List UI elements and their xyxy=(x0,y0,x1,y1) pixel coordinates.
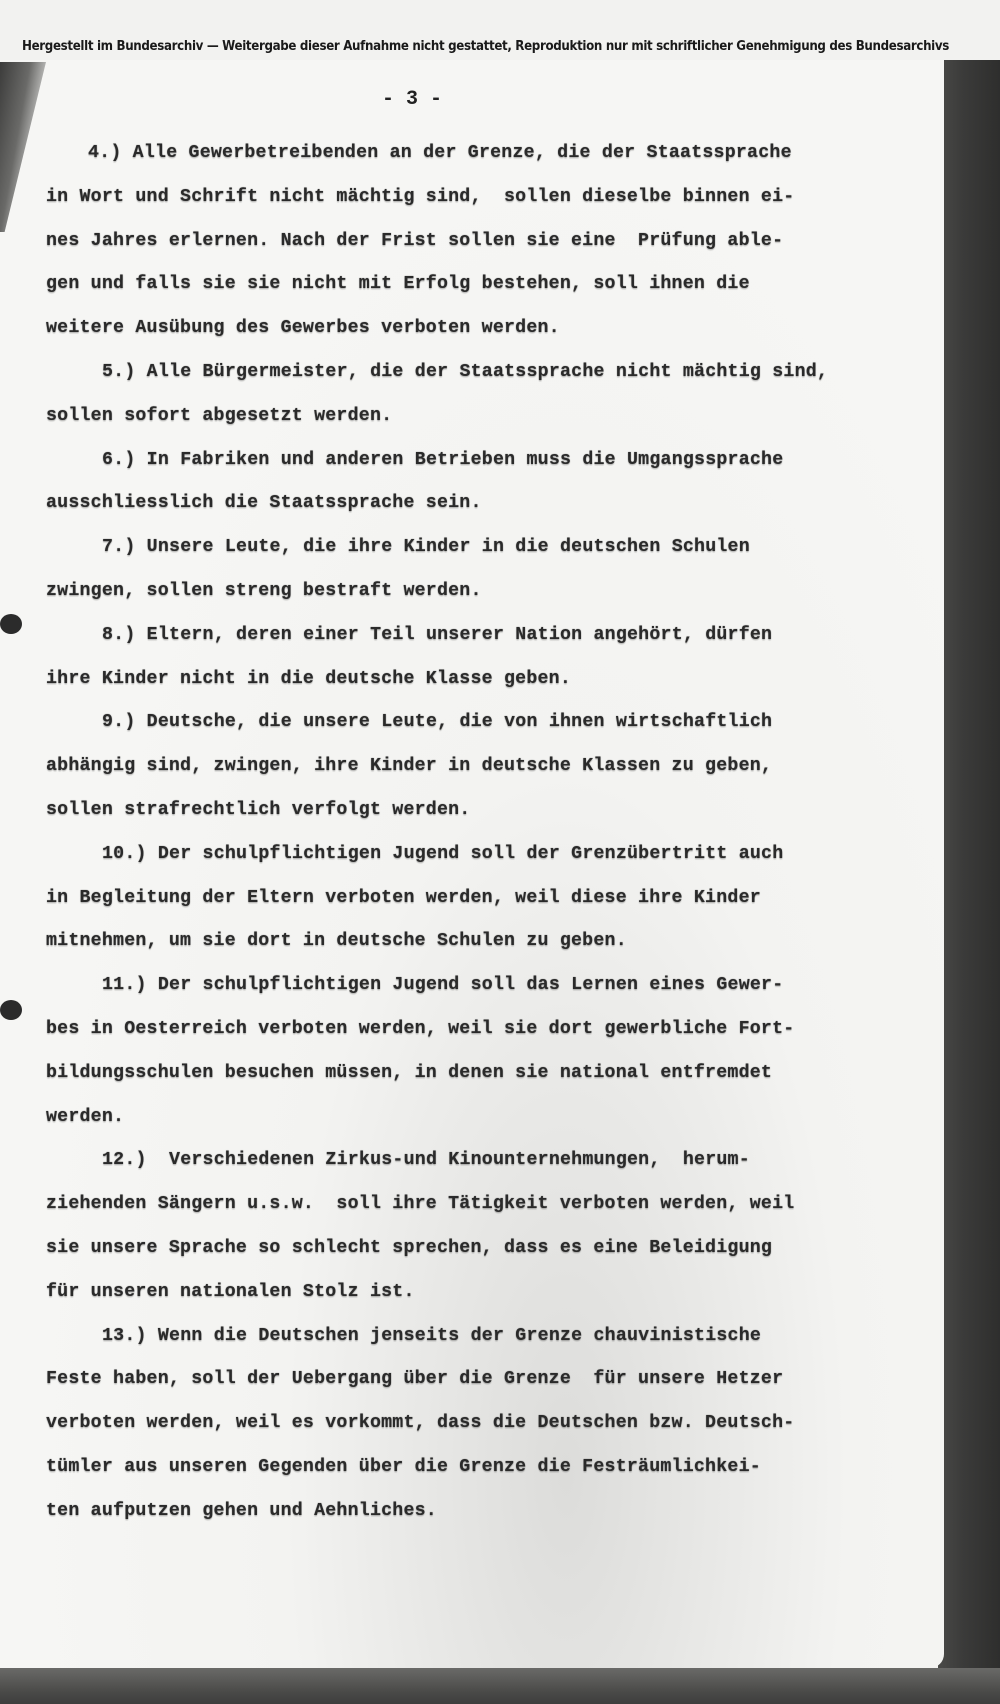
paragraph-4: 4.) Alle Gewerbetreibenden an der Grenze… xyxy=(46,132,946,351)
paragraph-11: 11.) Der schulpflichtigen Jugend soll da… xyxy=(46,964,946,1139)
text-line: 7.) Unsere Leute, die ihre Kinder in die… xyxy=(46,526,946,570)
text-line: gen und falls sie sie nicht mit Erfolg b… xyxy=(46,263,946,307)
text-line: weitere Ausübung des Gewerbes verboten w… xyxy=(46,307,946,351)
scan-background-right xyxy=(938,60,1000,1704)
text-line: bildungsschulen besuchen müssen, in dene… xyxy=(46,1052,946,1096)
text-line: in Begleitung der Eltern verboten werden… xyxy=(46,877,946,921)
punch-hole-icon xyxy=(0,614,22,634)
text-line: 6.) In Fabriken und anderen Betrieben mu… xyxy=(46,439,946,483)
text-line: zwingen, sollen streng bestraft werden. xyxy=(46,570,946,614)
page-number: - 3 - xyxy=(382,88,442,111)
text-line: tümler aus unseren Gegenden über die Gre… xyxy=(46,1446,946,1490)
text-line: werden. xyxy=(46,1096,946,1140)
text-line: in Wort und Schrift nicht mächtig sind, … xyxy=(46,176,946,220)
text-line: 12.) Verschiedenen Zirkus-und Kinountern… xyxy=(46,1139,946,1183)
text-line: 13.) Wenn die Deutschen jenseits der Gre… xyxy=(46,1315,946,1359)
paragraph-7: 7.) Unsere Leute, die ihre Kinder in die… xyxy=(46,526,946,614)
text-line: 4.) Alle Gewerbetreibenden an der Grenze… xyxy=(46,132,946,176)
paragraph-5: 5.) Alle Bürgermeister, die der Staatssp… xyxy=(46,351,946,439)
paragraph-6: 6.) In Fabriken und anderen Betrieben mu… xyxy=(46,439,946,527)
text-line: ihre Kinder nicht in die deutsche Klasse… xyxy=(46,658,946,702)
text-line: 5.) Alle Bürgermeister, die der Staatssp… xyxy=(46,351,946,395)
text-line: 11.) Der schulpflichtigen Jugend soll da… xyxy=(46,964,946,1008)
punch-hole-icon xyxy=(0,1000,22,1020)
text-line: 10.) Der schulpflichtigen Jugend soll de… xyxy=(46,833,946,877)
text-line: mitnehmen, um sie dort in deutsche Schul… xyxy=(46,920,946,964)
text-line: ten aufputzen gehen und Aehnliches. xyxy=(46,1490,946,1534)
text-line: 9.) Deutsche, die unsere Leute, die von … xyxy=(46,701,946,745)
text-line: nes Jahres erlernen. Nach der Frist soll… xyxy=(46,220,946,264)
text-line: sie unsere Sprache so schlecht sprechen,… xyxy=(46,1227,946,1271)
text-line: sollen sofort abgesetzt werden. xyxy=(46,395,946,439)
text-line: sollen strafrechtlich verfolgt werden. xyxy=(46,789,946,833)
text-line: 8.) Eltern, deren einer Teil unserer Nat… xyxy=(46,614,946,658)
text-line: ausschliesslich die Staatssprache sein. xyxy=(46,482,946,526)
paragraph-8: 8.) Eltern, deren einer Teil unserer Nat… xyxy=(46,614,946,702)
text-line: für unseren nationalen Stolz ist. xyxy=(46,1271,946,1315)
text-line: bes in Oesterreich verboten werden, weil… xyxy=(46,1008,946,1052)
text-line: verboten werden, weil es vorkommt, dass … xyxy=(46,1402,946,1446)
paragraph-9: 9.) Deutsche, die unsere Leute, die von … xyxy=(46,701,946,832)
paragraph-12: 12.) Verschiedenen Zirkus-und Kinountern… xyxy=(46,1139,946,1314)
paragraph-10: 10.) Der schulpflichtigen Jugend soll de… xyxy=(46,833,946,964)
text-line: abhängig sind, zwingen, ihre Kinder in d… xyxy=(46,745,946,789)
document-body: 4.) Alle Gewerbetreibenden an der Grenze… xyxy=(46,132,946,1534)
paragraph-13: 13.) Wenn die Deutschen jenseits der Gre… xyxy=(46,1315,946,1534)
text-line: ziehenden Sängern u.s.w. soll ihre Tätig… xyxy=(46,1183,946,1227)
scan-background-bottom xyxy=(0,1668,1000,1704)
text-line: Feste haben, soll der Uebergang über die… xyxy=(46,1358,946,1402)
archive-notice: Hergestellt im Bundesarchiv — Weitergabe… xyxy=(22,38,867,54)
